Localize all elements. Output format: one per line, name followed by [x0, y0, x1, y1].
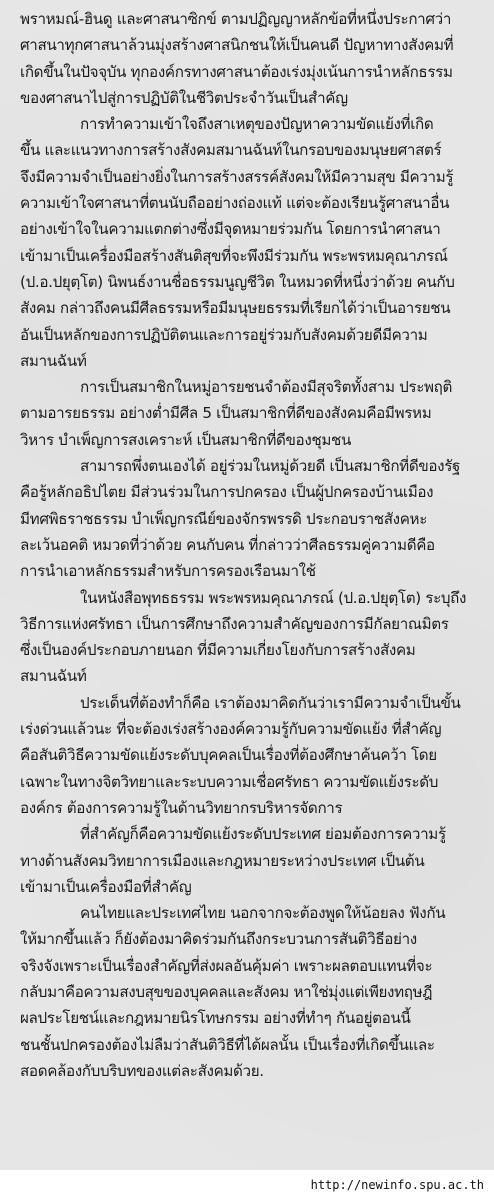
text-line: เข้ามาเป็นเครื่องมือที่สำคัญ [20, 874, 482, 900]
text-line: คือสันติวิธีความขัดแย้งระดับบุคคลเป็นเรื… [20, 742, 482, 768]
text-line: เฉพาะในทางจิตวิทยาและระบบความเชื่อศรัทธา… [20, 769, 482, 795]
text-line: ทางด้านสังคมวิทยาการเมืองและกฎหมายระหว่า… [20, 848, 482, 874]
text-line: กลับมาคือความสงบสุขของบุคคลและสังคม หาใช… [20, 979, 482, 1005]
text-line: จึงมีความจำเป็นอย่างยิ่งในการสร้างสรรค์ส… [20, 164, 482, 190]
text-line: เข้ามาเป็นเครื่องมือสร้างสันติสุขที่จะพึ… [20, 243, 482, 269]
source-url: http://newinfo.spu.ac.th [311, 1178, 484, 1192]
text-line: ขึ้น และแนวทางการสร้างสังคมสมานฉันท์ในกร… [20, 137, 482, 163]
text-line: ละเว้นอคติ หมวดที่ว่าด้วย คนกับคน ที่กล่… [20, 532, 482, 558]
text-line: วิธีการแห่งศรัทธา เป็นการศึกษาถึงความสำค… [20, 611, 482, 637]
text-line: พราหมณ์-ฮินดู และศาสนาซิกข์ ตามปฏิญญาหลั… [20, 6, 482, 32]
paragraph-first-line: การทำความเข้าใจถึงสาเหตุของปัญหาความขัดแ… [20, 111, 482, 137]
newspaper-clipping: พราหมณ์-ฮินดู และศาสนาซิกข์ ตามปฏิญญาหลั… [0, 0, 494, 1170]
text-line: ความเข้าใจศาสนาที่ตนนับถืออย่างถ่องแท้ แ… [20, 190, 482, 216]
text-line: ศาสนาทุกศาสนาล้วนมุ่งสร้างศาสนิกชนให้เป็… [20, 32, 482, 58]
paragraph-first-line: ที่สำคัญก็คือความขัดแย้งระดับประเทศ ย่อม… [20, 821, 482, 847]
text-line: เกิดขึ้นในปัจจุบัน ทุกองค์กรทางศาสนาต้อง… [20, 59, 482, 85]
paragraph-first-line: สามารถพึ่งตนเองได้ อยู่ร่วมในหมู่ด้วยดี … [20, 453, 482, 479]
text-line: สมานฉันท์ [20, 663, 482, 689]
paragraph-first-line: ประเด็นที่ต้องทำก็คือ เราต้องมาคิดกันว่า… [20, 690, 482, 716]
text-line: ของศาสนาไปสู่การปฏิบัติในชีวิตประจำวันเป… [20, 85, 482, 111]
text-line: การนำเอาหลักธรรมสำหรับการครองเรือนมาใช้ [20, 558, 482, 584]
text-line: ผลประโยชน์และกฎหมายนิรโทษกรรม อย่างที่ทำ… [20, 1005, 482, 1031]
text-line: คือรู้หลักอธิปไตย มีส่วนร่วมในการปกครอง … [20, 479, 482, 505]
text-line: สมานฉันท์ [20, 348, 482, 374]
text-line: อย่างเข้าใจในความแตกต่างซึ่งมีจุดหมายร่ว… [20, 216, 482, 242]
paragraph-first-line: ในหนังสือพุทธธรรม พระพรหมคุณาภรณ์ (ป.อ.ป… [20, 585, 482, 611]
paragraph-first-line: คนไทยและประเทศไทย นอกจากจะต้องพูดให้น้อย… [20, 900, 482, 926]
text-line: อันเป็นหลักของการปฏิบัติตนและการอยู่ร่วม… [20, 322, 482, 348]
text-line: สอดคล้องกับบริบทของแต่ละสังคมด้วย. [20, 1058, 482, 1084]
paragraph-first-line: การเป็นสมาชิกในหมู่อารยชนจำต้องมีสุจริตท… [20, 374, 482, 400]
text-line: องค์กร ต้องการความรู้ในด้านวิทยากรบริหาร… [20, 795, 482, 821]
text-line: ซึ่งเป็นองค์ประกอบภายนอก ที่มีความเกี่ยง… [20, 637, 482, 663]
text-line: วิหาร บำเพ็ญการสงเคราะห์ เป็นสมาชิกที่ดี… [20, 427, 482, 453]
text-line: ให้มากขึ้นแล้ว ก็ยังต้องมาคิดร่วมกันถึงก… [20, 926, 482, 952]
text-line: ชนชั้นปกครองต้องไม่ลืมว่าสันติวิธีที่ได้… [20, 1032, 482, 1058]
text-line: มีทศพิธราชธรรม บำเพ็ญกรณีย์ของจักรพรรดิ … [20, 506, 482, 532]
text-line: สังคม กล่าวถึงคนมีศีลธรรมหรือมีมนุษยธรรม… [20, 295, 482, 321]
article-body: พราหมณ์-ฮินดู และศาสนาซิกข์ ตามปฏิญญาหลั… [20, 6, 482, 1084]
text-line: เร่งด่วนแล้วนะ ที่จะต้องเร่งสร้างองค์ควา… [20, 716, 482, 742]
text-line: จริงจังเพราะเป็นเรื่องสำคัญที่ส่งผลอันคุ… [20, 953, 482, 979]
text-line: ตามอารยธรรม อย่างต่ำมีศีล 5 เป็นสมาชิกที… [20, 400, 482, 426]
text-line: (ป.อ.ปยุตฺโต) นิพนธ์งานชื่อธรรมนูญชีวิต … [20, 269, 482, 295]
